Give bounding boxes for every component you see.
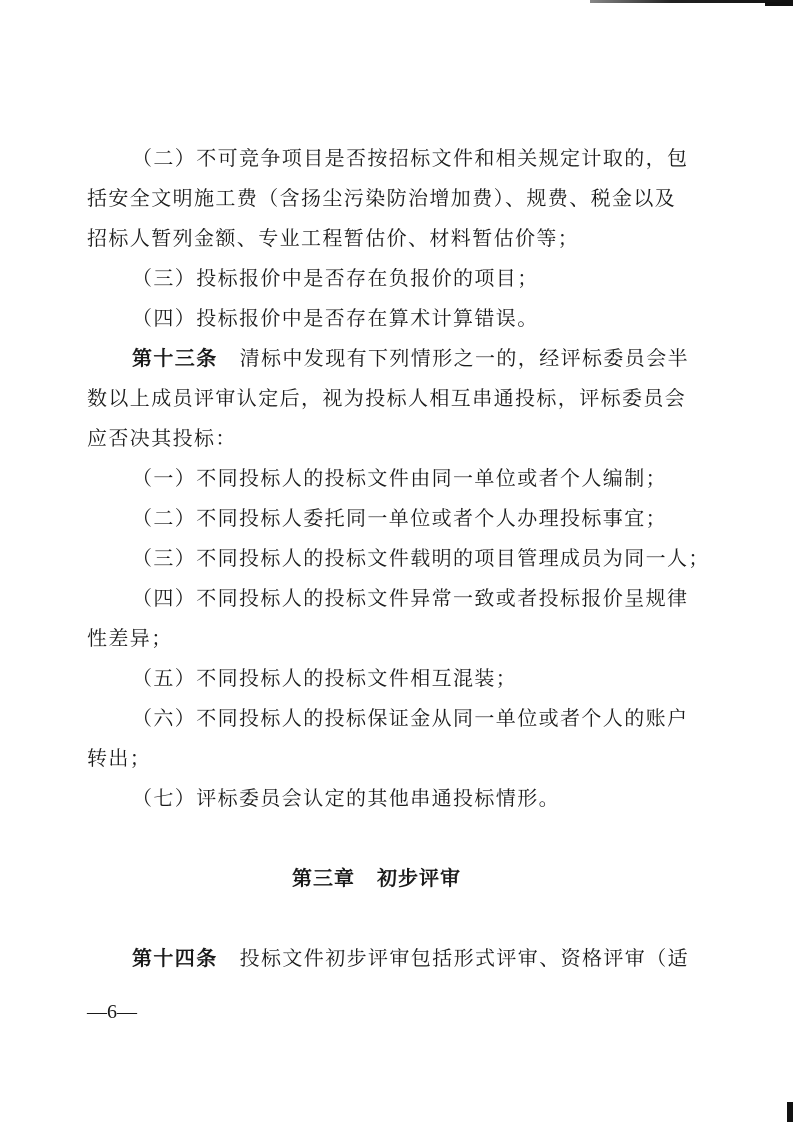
- clause-line: 括安全文明施工费（含扬尘污染防治增加费）、规费、税金以及: [87, 186, 676, 210]
- chapter-title: 初步评审: [377, 866, 461, 890]
- article-13-first-line: 第十三条清标中发现有下列情形之一的，经评标委员会半: [132, 346, 689, 370]
- scan-edge-artifact: [765, 2, 793, 6]
- article-text: 投标文件初步评审包括形式评审、资格评审（适: [240, 946, 689, 970]
- clause-line: （三）投标报价中是否存在负报价的项目；: [132, 266, 539, 290]
- article-13-line: 数以上成员评审认定后，视为投标人相互串通投标，评标委员会: [87, 386, 686, 410]
- clause-line: （四）投标报价中是否存在算术计算错误。: [132, 306, 539, 330]
- article-13-item: （二）不同投标人委托同一单位或者个人办理投标事宜；: [132, 506, 667, 530]
- scan-edge-artifact: [787, 1102, 793, 1122]
- article-14-first-line: 第十四条投标文件初步评审包括形式评审、资格评审（适: [132, 946, 689, 970]
- article-13-line: 应否决其投标：: [87, 426, 237, 450]
- article-13-item: （三）不同投标人的投标文件载明的项目管理成员为同一人；: [132, 546, 710, 570]
- chapter-heading: 第三章初步评审: [292, 866, 461, 890]
- article-13-item-continuation: 转出；: [87, 746, 151, 770]
- article-13-item: （四）不同投标人的投标文件异常一致或者投标报价呈规律: [132, 586, 688, 610]
- article-text: 清标中发现有下列情形之一的，经评标委员会半: [240, 346, 689, 370]
- article-13-item: （七）评标委员会认定的其他串通投标情形。: [132, 786, 560, 810]
- page-number: —6—: [87, 1000, 137, 1024]
- article-label: 第十三条: [132, 346, 218, 370]
- article-label: 第十四条: [132, 946, 218, 970]
- chapter-number: 第三章: [292, 866, 355, 890]
- clause-line: （二）不可竞争项目是否按招标文件和相关规定计取的，包: [132, 146, 688, 170]
- article-13-item-continuation: 性差异；: [87, 626, 173, 650]
- clause-line: 招标人暂列金额、专业工程暂估价、材料暂估价等；: [87, 226, 579, 250]
- article-13-item: （六）不同投标人的投标保证金从同一单位或者个人的账户: [132, 706, 688, 730]
- article-13-item: （一）不同投标人的投标文件由同一单位或者个人编制；: [132, 466, 667, 490]
- scan-edge-artifact: [590, 0, 793, 3]
- article-13-item: （五）不同投标人的投标文件相互混装；: [132, 666, 517, 690]
